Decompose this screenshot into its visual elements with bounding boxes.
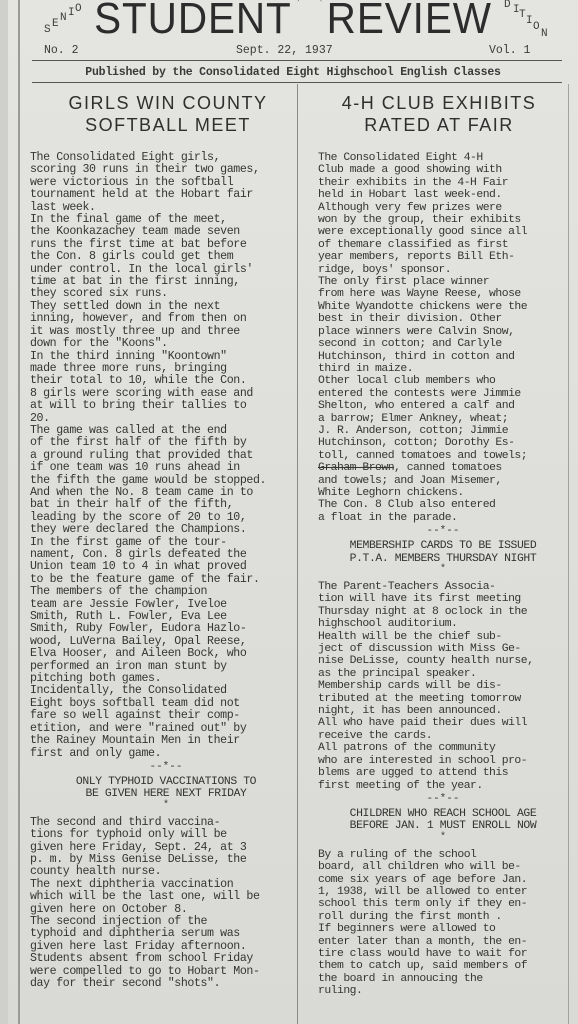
section-separator: --*-- bbox=[318, 793, 568, 805]
issue-date: Sept. 22, 1937 bbox=[236, 44, 333, 57]
article-paragraph: Other local club members who entered the… bbox=[318, 375, 568, 462]
headline-school-age: CHILDREN WHO REACH SCHOOL AGE BEFORE JAN… bbox=[318, 808, 568, 833]
article-paragraph: In the first game of the tour- nament, C… bbox=[30, 537, 302, 587]
article-paragraph: All patrons of the community who are int… bbox=[318, 742, 568, 792]
article-paragraph: The game was called at the end of the fi… bbox=[30, 425, 302, 537]
article-paragraph: In the final game of the meet, the Koonk… bbox=[30, 214, 302, 301]
article-paragraph: If beginners were allowed to enter later… bbox=[318, 923, 568, 997]
article-paragraph: They settled down in the next inning, ho… bbox=[30, 301, 302, 351]
right-column: 4-H CLUB EXHIBITS RATED AT FAIR The Cons… bbox=[318, 92, 568, 998]
article-paragraph: The next diphtheria vaccination which wi… bbox=[30, 879, 302, 916]
article-paragraph: By a ruling of the school board, all chi… bbox=[318, 849, 568, 923]
masthead-title-right: REVIEW bbox=[327, 0, 492, 44]
headline-typhoid-vaccinations: ONLY TYPHOID VACCINATIONS TO BE GIVEN HE… bbox=[30, 776, 302, 801]
article-paragraph: Membership cards will be dis- tributed a… bbox=[318, 680, 568, 742]
left-column: GIRLS WIN COUNTY SOFTBALL MEET The Conso… bbox=[30, 92, 302, 990]
masthead-title: STUDENTREVIEW bbox=[31, 0, 555, 44]
masthead-arc-ornament bbox=[297, 0, 321, 11]
article-paragraph: The second and third vaccina- tions for … bbox=[30, 817, 302, 879]
struck-out-name: Graham Brown bbox=[318, 462, 394, 474]
article-paragraph: In the third inning "Koontown" made thre… bbox=[30, 351, 302, 425]
headline-membership-cards: MEMBERSHIP CARDS TO BE ISSUED P.T.A. MEM… bbox=[318, 540, 568, 565]
article-paragraph: The members of the champion team are Jes… bbox=[30, 586, 302, 685]
article-paragraph: Incidentally, the Consolidated Eight boy… bbox=[30, 685, 302, 759]
newspaper-page: SENIO STUDENTREVIEW DITION No. 2 Sept. 2… bbox=[0, 0, 578, 1024]
article-paragraph: Although very few prizes were won by the… bbox=[318, 202, 568, 276]
section-separator: --*-- bbox=[318, 525, 568, 537]
article-paragraph: The Parent-Teachers Associa- tion will h… bbox=[318, 581, 568, 631]
section-separator: --*-- bbox=[30, 761, 302, 773]
publisher-line: Published by the Consolidated Eight High… bbox=[8, 66, 578, 79]
article-paragraph: The only first place winner from here wa… bbox=[318, 276, 568, 375]
article-paragraph: The Con. 8 Club also entered a float in … bbox=[318, 499, 568, 524]
star-ornament: * bbox=[318, 565, 568, 575]
right-margin-line bbox=[568, 84, 569, 1024]
article-paragraph: The Consolidated Eight girls, scoring 30… bbox=[30, 152, 302, 214]
article-paragraph: Health will be the chief sub- ject of di… bbox=[318, 631, 568, 681]
article-paragraph: The second injection of the typhoid and … bbox=[30, 916, 302, 990]
star-ornament: * bbox=[30, 801, 302, 811]
masthead-rule-bottom bbox=[32, 82, 562, 83]
headline-4h-club: 4-H CLUB EXHIBITS RATED AT FAIR bbox=[310, 92, 568, 136]
article-paragraph: The Consolidated Eight 4-H Club made a g… bbox=[318, 152, 568, 202]
masthead: SENIO STUDENTREVIEW DITION No. 2 Sept. 2… bbox=[8, 0, 578, 90]
article-paragraph-continuation: Graham Brown, canned tomatoes and towels… bbox=[318, 462, 568, 499]
masthead-rule-top bbox=[32, 60, 562, 61]
volume-number: Vol. 1 bbox=[489, 44, 530, 57]
page-edge-line bbox=[18, 0, 20, 1024]
headline-girls-softball: GIRLS WIN COUNTY SOFTBALL MEET bbox=[34, 92, 302, 136]
issue-number: No. 2 bbox=[44, 44, 79, 57]
star-ornament: * bbox=[318, 833, 568, 843]
masthead-title-left: STUDENT bbox=[94, 0, 292, 44]
